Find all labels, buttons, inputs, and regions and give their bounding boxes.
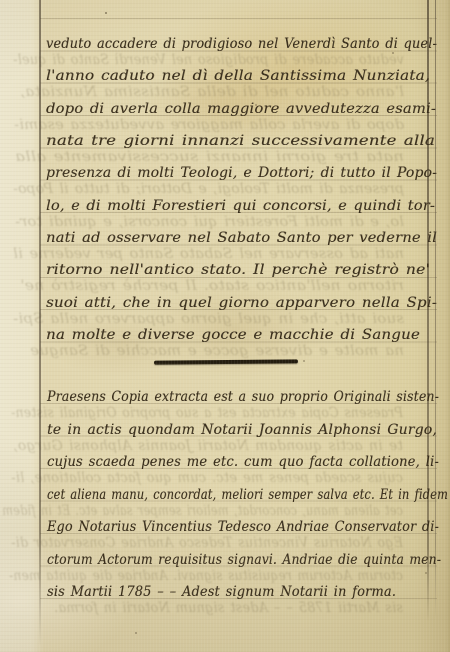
italian-paragraph: veduto accadere di prodigioso nel Venerd… [46,28,450,351]
manuscript-line: cet aliena manu, concordat, meliori semp… [47,479,448,512]
manuscript-line: na molte e diverse gocce e macchie di Sa… [46,319,420,351]
manuscript-line: dopo di averla colla maggiore avvedutezz… [46,93,436,125]
left-margin-rule [39,0,41,646]
manuscript-line: sis Martii 1785 – – Adest signum Notarii… [47,576,396,609]
manuscript-line: Praesens Copia extracta est a suo propri… [47,381,439,414]
section-divider [154,359,298,364]
manuscript-page: veduto accadere di prodigioso nel Venerd… [0,0,450,652]
manuscript-line: te in actis quondam Notarii Joannis Alph… [47,414,437,447]
manuscript-line: nati ad osservare nel Sabato Santo per v… [46,222,437,254]
manuscript-line: nata tre giorni innanzi successivamente … [46,125,435,157]
manuscript-line: ctorum Actorum requisitus signavi. Andri… [47,544,441,577]
manuscript-line: ritorno nell'antico stato. Il perchè reg… [46,254,430,286]
manuscript-line: cujus scaeda penes me etc. cum quo facta… [47,446,439,479]
manuscript-line: l'anno caduto nel dì della Santissima Nu… [46,60,430,92]
manuscript-line: suoi atti, che in quel giorno apparvero … [46,287,437,319]
manuscript-line: lo, e di molti Forestieri qui concorsi, … [46,190,435,222]
manuscript-line: veduto accadere di prodigioso nel Venerd… [46,28,437,60]
manuscript-line: presenza di molti Teologi, e Dottori; di… [46,157,437,189]
ink-specks [105,12,107,14]
manuscript-line: Ego Notarius Vincentius Tedesco Andriae … [47,511,439,544]
latin-notarial-paragraph: Praesens Copia extracta est a suo propri… [47,381,450,609]
